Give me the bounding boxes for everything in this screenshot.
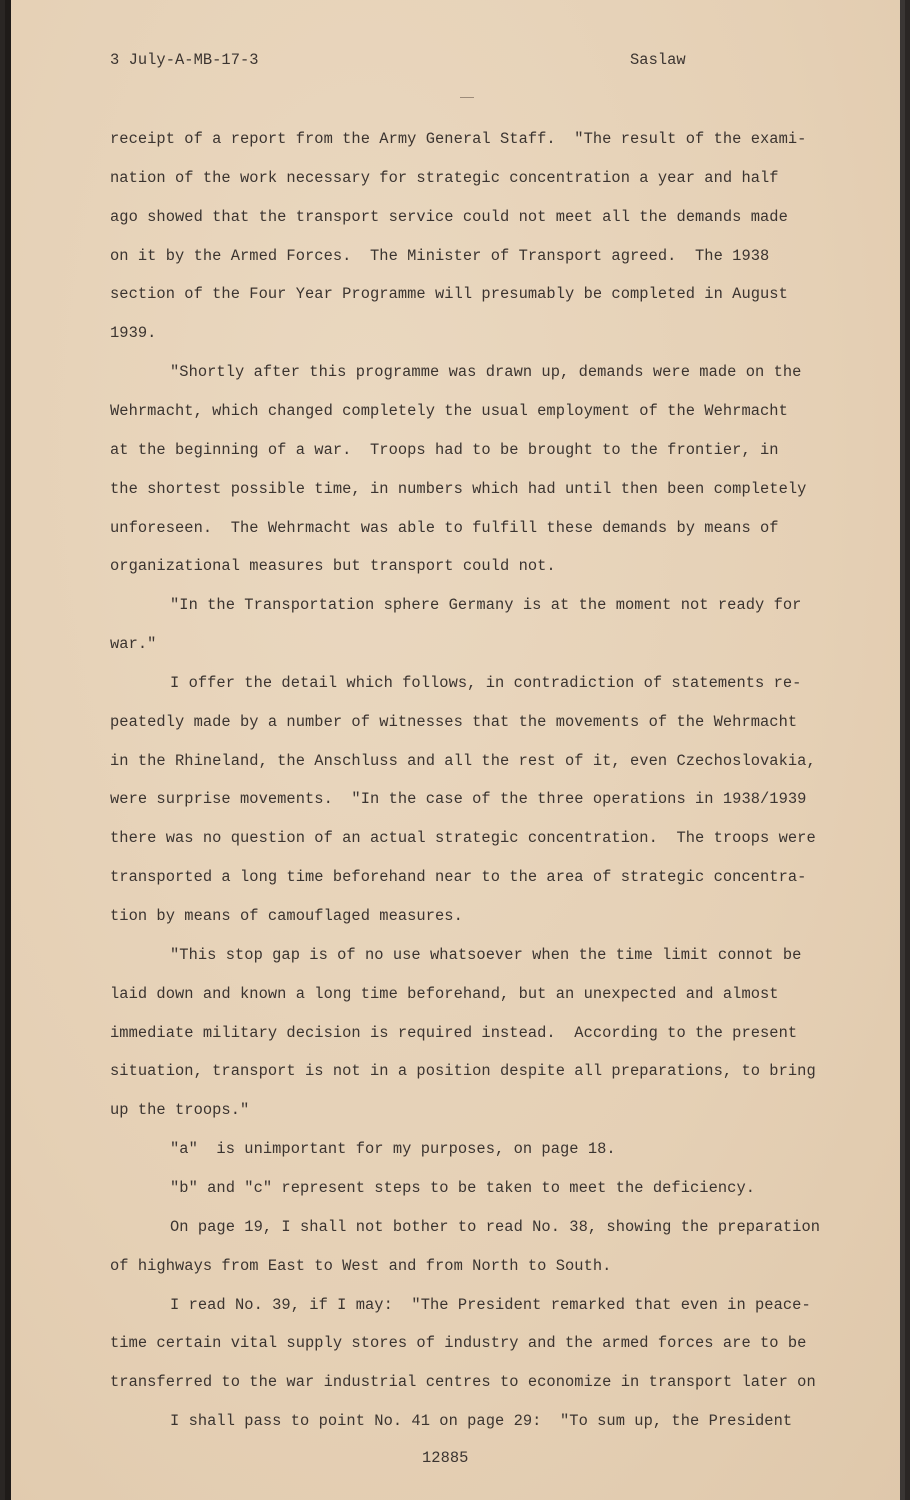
text-line: up the troops.": [110, 1101, 249, 1119]
text-line: immediate military decision is required …: [110, 1024, 797, 1042]
text-line: laid down and known a long time beforeha…: [110, 985, 779, 1003]
text-line: I read No. 39, if I may: "The President …: [170, 1296, 811, 1314]
text-line: war.": [110, 635, 156, 653]
text-line: organizational measures but transport co…: [110, 557, 556, 575]
text-line: receipt of a report from the Army Genera…: [110, 130, 806, 148]
text-line: "In the Transportation sphere Germany is…: [170, 596, 801, 614]
page-number: 12885: [422, 1449, 468, 1467]
text-line: Wehrmacht, which changed completely the …: [110, 402, 788, 420]
text-line: "a" is unimportant for my purposes, on p…: [170, 1140, 616, 1158]
text-line: transported a long time beforehand near …: [110, 868, 806, 886]
text-line: there was no question of an actual strat…: [110, 829, 816, 847]
document-page: 3 July-A-MB-17-3 Saslaw receipt of a rep…: [5, 0, 905, 1500]
text-line: tion by means of camouflaged measures.: [110, 907, 463, 925]
text-line: of highways from East to West and from N…: [110, 1257, 611, 1275]
text-line: the shortest possible time, in numbers w…: [110, 480, 806, 498]
text-line: in the Rhineland, the Anschluss and all …: [110, 752, 816, 770]
text-line: ago showed that the transport service co…: [110, 208, 788, 226]
text-line: peatedly made by a number of witnesses t…: [110, 713, 797, 731]
text-line: "b" and "c" represent steps to be taken …: [170, 1179, 755, 1197]
text-line: 1939.: [110, 324, 156, 342]
text-line: nation of the work necessary for strateg…: [110, 169, 779, 187]
text-line: I offer the detail which follows, in con…: [170, 674, 801, 692]
text-line: situation, transport is not in a positio…: [110, 1062, 816, 1080]
text-line: time certain vital supply stores of indu…: [110, 1334, 806, 1352]
witness-name: Saslaw: [630, 51, 686, 69]
document-reference: 3 July-A-MB-17-3: [110, 51, 259, 69]
text-line: "Shortly after this programme was drawn …: [170, 363, 801, 381]
text-line: were surprise movements. "In the case of…: [110, 790, 806, 808]
scan-edge-right: [900, 0, 905, 1500]
scan-edge-left: [5, 0, 11, 1500]
text-line: on it by the Armed Forces. The Minister …: [110, 247, 769, 265]
text-line: "This stop gap is of no use whatsoever w…: [170, 946, 801, 964]
text-line: section of the Four Year Programme will …: [110, 285, 788, 303]
text-line: transferred to the war industrial centre…: [110, 1373, 816, 1391]
text-line: at the beginning of a war. Troops had to…: [110, 441, 779, 459]
text-line: On page 19, I shall not bother to read N…: [170, 1218, 820, 1236]
pencil-mark: [460, 97, 474, 98]
text-line: I shall pass to point No. 41 on page 29:…: [170, 1412, 792, 1430]
text-line: unforeseen. The Wehrmacht was able to fu…: [110, 519, 779, 537]
